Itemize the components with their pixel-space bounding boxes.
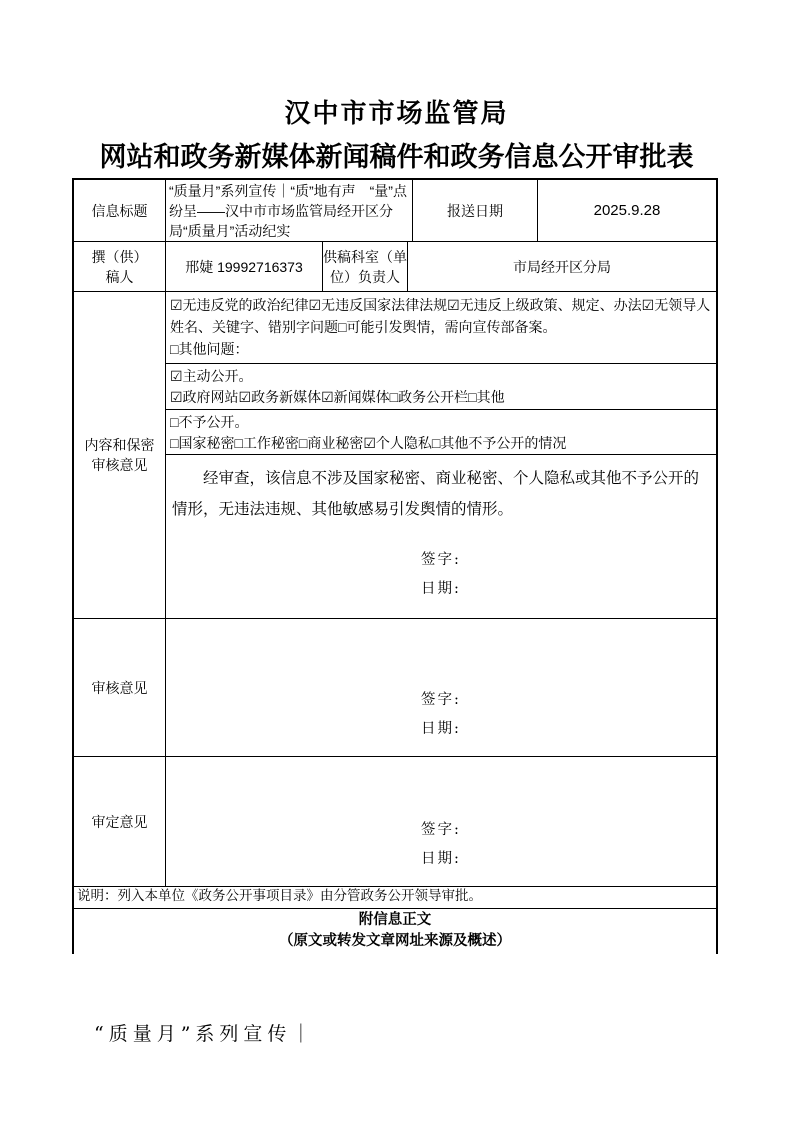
shending-sign-label: 签字: <box>421 816 461 845</box>
review-row: 内容和保密审核意见 ☑无违反党的政治纪律☑无违反国家法律法规☑无违反上级政策、规… <box>74 292 716 619</box>
proactive-disclosure-line: ☑主动公开。 <box>170 366 712 387</box>
other-issues-checkbox-line: □其他问题： <box>170 338 712 360</box>
author-label: 撰（供）稿人 <box>74 242 166 292</box>
disclosure-channels-line: ☑政府网站☑政务新媒体☑新闻媒体□政务公开栏□其他 <box>170 387 712 408</box>
info-title-label: 信息标题 <box>74 180 166 242</box>
attachment-header-row: 附信息正文 （原文或转发文章网址来源及概述） <box>74 909 716 954</box>
non-disclosure-line: □不予公开。 <box>170 412 712 433</box>
review-statement-section: 经审查，该信息不涉及国家秘密、商业秘密、个人隐私或其他不予公开的情形，无违法违规… <box>166 455 716 619</box>
review-sign-block: 签字: 日期: <box>421 546 461 604</box>
shending-label: 审定意见 <box>74 757 166 887</box>
shenhe-value-area: 签字: 日期: <box>166 619 716 757</box>
non-disclosure-section: □不予公开。 □国家秘密□工作秘密□商业秘密☑个人隐私□其他不予公开的情况 <box>166 410 716 455</box>
compliance-checkbox-line: ☑无违反党的政治纪律☑无违反国家法律法规☑无违反上级政策、规定、办法☑无领导人姓… <box>170 294 712 338</box>
note-row: 说明：列入本单位《政务公开事项目录》由分管政务公开领导审批。 <box>74 887 716 909</box>
attachment-header: 附信息正文 （原文或转发文章网址来源及概述） <box>74 909 716 954</box>
note-text: 说明：列入本单位《政务公开事项目录》由分管政务公开领导审批。 <box>74 887 716 909</box>
dept-head-value: 市局经开区分局 <box>408 242 716 292</box>
submit-date-value: 2025.9.28 <box>538 180 716 242</box>
shenhe-sign-block: 签字: 日期: <box>421 686 461 744</box>
review-statement: 经审查，该信息不涉及国家秘密、商业秘密、个人隐私或其他不予公开的情形，无违法违规… <box>166 455 716 525</box>
shending-sign-block: 签字: 日期: <box>421 816 461 874</box>
attachment-header-line1: 附信息正文 <box>74 910 716 931</box>
footer-caption: “质量月”系列宣传｜ <box>94 1019 315 1046</box>
info-title-value: “质量月”系列宣传｜“质”地有声 “量”点纷呈——汉中市市场监管局经开区分局“质… <box>166 180 413 242</box>
dept-head-label: 供稿科室（单位）负责人 <box>323 242 408 292</box>
page-title-line2: 网站和政务新媒体新闻稿件和政务信息公开审批表 <box>0 135 793 174</box>
shenhe-date-label: 日期: <box>421 715 461 744</box>
author-value: 邢婕 19992716373 <box>166 242 323 292</box>
compliance-checkbox-section: ☑无违反党的政治纪律☑无违反国家法律法规☑无违反上级政策、规定、办法☑无领导人姓… <box>166 292 716 364</box>
review-date-label: 日期: <box>421 575 461 604</box>
shending-value-area: 签字: 日期: <box>166 757 716 887</box>
info-title-row: 信息标题 “质量月”系列宣传｜“质”地有声 “量”点纷呈——汉中市市场监管局经开… <box>74 180 716 242</box>
shending-row: 审定意见 签字: 日期: <box>74 757 716 887</box>
shending-date-label: 日期: <box>421 845 461 874</box>
submit-date-label: 报送日期 <box>413 180 538 242</box>
proactive-disclosure-section: ☑主动公开。 ☑政府网站☑政务新媒体☑新闻媒体□政务公开栏□其他 <box>166 364 716 410</box>
page-title-line1: 汉中市市场监管局 <box>0 93 793 130</box>
document-page: { "document": { "title_line1": "汉中市市场监管局… <box>0 0 793 1122</box>
author-row: 撰（供）稿人 邢婕 19992716373 供稿科室（单位）负责人 市局经开区分… <box>74 242 716 292</box>
shenhe-label: 审核意见 <box>74 619 166 757</box>
attachment-header-line2: （原文或转发文章网址来源及概述） <box>74 931 716 952</box>
shenhe-row: 审核意见 签字: 日期: <box>74 619 716 757</box>
shenhe-sign-label: 签字: <box>421 686 461 715</box>
review-sign-label: 签字: <box>421 546 461 575</box>
review-section-label: 内容和保密审核意见 <box>74 292 166 619</box>
non-disclosure-reasons-line: □国家秘密□工作秘密□商业秘密☑个人隐私□其他不予公开的情况 <box>170 433 712 454</box>
approval-form-table: 信息标题 “质量月”系列宣传｜“质”地有声 “量”点纷呈——汉中市市场监管局经开… <box>72 178 718 954</box>
review-content-column: ☑无违反党的政治纪律☑无违反国家法律法规☑无违反上级政策、规定、办法☑无领导人姓… <box>166 292 716 619</box>
